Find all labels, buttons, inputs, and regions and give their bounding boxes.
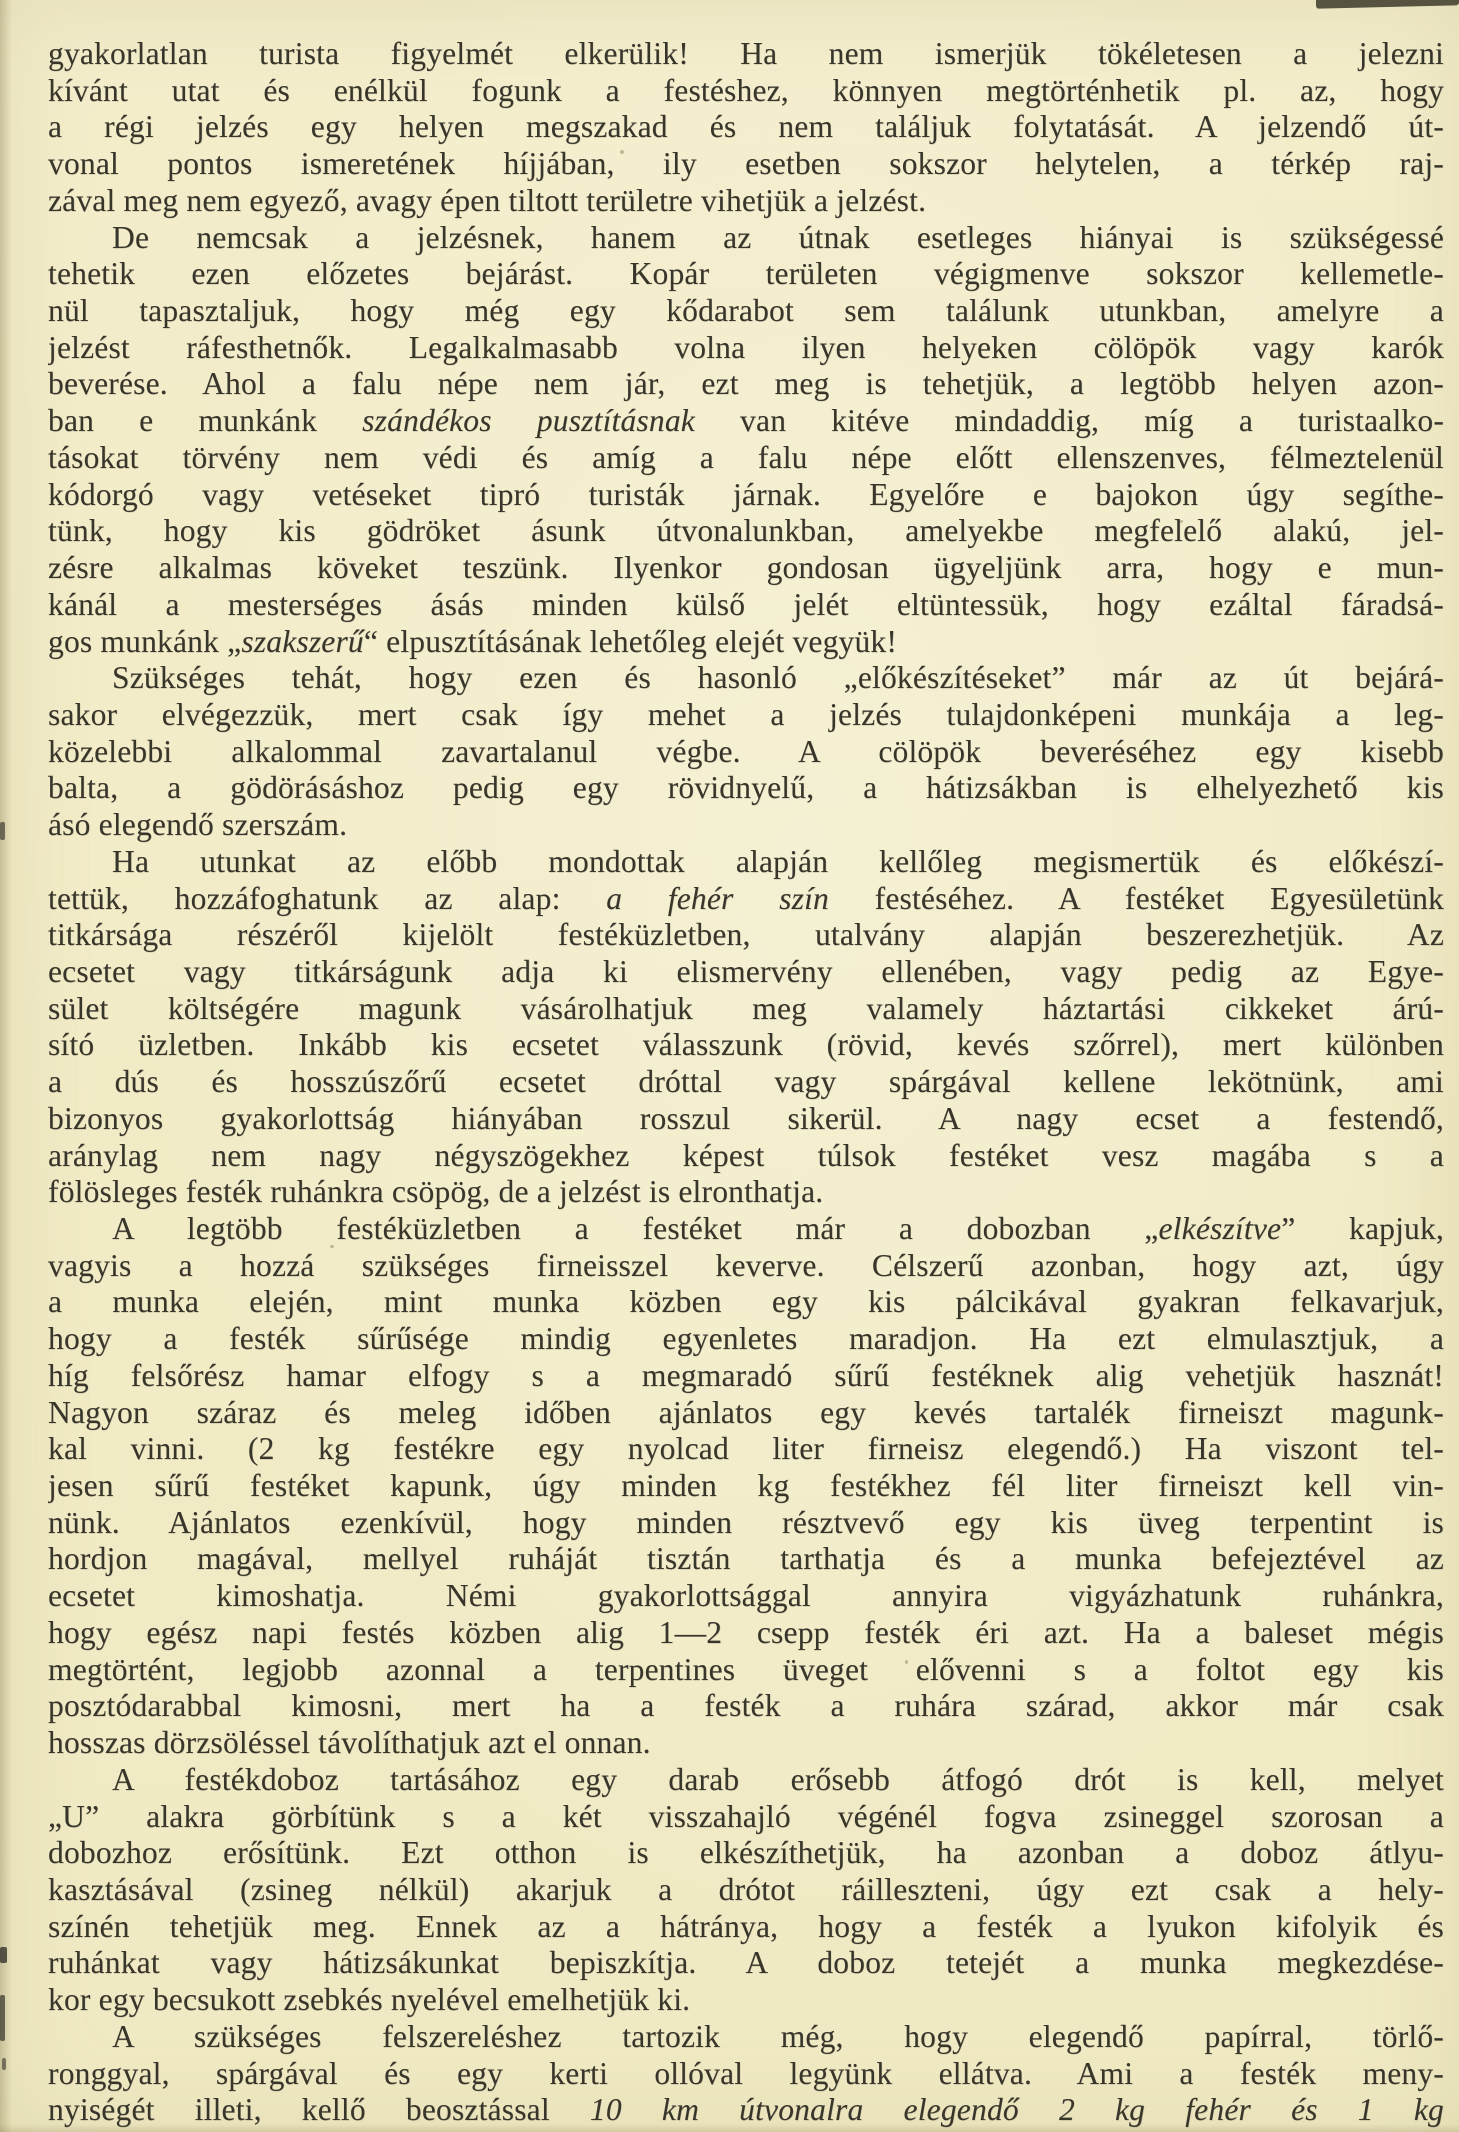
text-line: ecsetet vagy titkárságunk adja ki elisme… — [48, 954, 1444, 991]
scan-smudge — [0, 1947, 7, 1963]
text-segment: nyiségét illeti, kellő beosztással — [48, 2092, 590, 2127]
text-segment: ecsetet vagy titkárságunk adja ki elisme… — [48, 954, 1444, 989]
text-segment: „U” alakra görbítünk s a két visszahajló… — [48, 1799, 1444, 1834]
text-segment: bizonyos gyakorlottság hiányában rosszul… — [48, 1101, 1444, 1136]
italic-text-segment: 10 km útvonalra elegendő 2 kg fehér és 1… — [590, 2092, 1444, 2127]
text-line: a régi jelzés egy helyen megszakad és ne… — [48, 109, 1444, 146]
text-line: gos munkánk „szakszerű“ elpusztításának … — [48, 624, 1444, 661]
text-line: jesen sűrű festéket kapunk, úgy minden k… — [48, 1468, 1444, 1505]
text-line: titkársága részéről kijelölt festéküzlet… — [48, 917, 1444, 954]
text-segment: Ha utunkat az előbb mondottak alapján ke… — [112, 844, 1444, 879]
text-line: híg felsőrész hamar elfogy s a megmaradó… — [48, 1358, 1444, 1395]
scanned-book-page: gyakorlatlan turista figyelmét elkerülik… — [0, 0, 1459, 2132]
text-segment: kánál a mesterséges ásás minden külső je… — [48, 587, 1444, 622]
text-segment: hogy a festék sűrűsége mindig egyenletes… — [48, 1321, 1444, 1356]
page-text: gyakorlatlan turista figyelmét elkerülik… — [48, 36, 1444, 2129]
text-segment: “ elpusztításának lehetőleg elejét vegyü… — [364, 624, 897, 659]
text-line: vonal pontos ismeretének híjjában, ily e… — [48, 146, 1444, 183]
text-line: sület költségére magunk vásárolhatjuk me… — [48, 991, 1444, 1028]
text-line: beverése. Ahol a falu népe nem jár, ezt … — [48, 366, 1444, 403]
text-segment: vonal pontos ismeretének híjjában, ily e… — [48, 146, 1444, 181]
text-segment: A festékdoboz tartásához egy darab erőse… — [112, 1762, 1444, 1797]
text-segment: jelzést ráfesthetnők. Legalkalmasabb vol… — [48, 330, 1444, 365]
text-segment: hogy egész napi festés közben alig 1—2 c… — [48, 1615, 1444, 1650]
text-segment: festéséhez. A festéket Egyesületünk — [829, 881, 1444, 916]
text-segment: beverése. Ahol a falu népe nem jár, ezt … — [48, 366, 1444, 401]
text-line: Szükséges tehát, hogy ezen és hasonló „e… — [48, 660, 1444, 697]
text-segment: posztódarabbal kimosni, mert ha a festék… — [48, 1688, 1444, 1723]
italic-text-segment: a fehér szín — [606, 881, 829, 916]
scan-smudge — [2, 2058, 6, 2070]
text-segment: zésre alkalmas köveket teszünk. Ilyenkor… — [48, 550, 1444, 585]
text-line: nyiségét illeti, kellő beosztással 10 km… — [48, 2092, 1444, 2129]
text-line: ásó elegendő szerszám. — [48, 807, 1444, 844]
text-segment: jesen sűrű festéket kapunk, úgy minden k… — [48, 1468, 1444, 1503]
text-line: dobozhoz erősítünk. Ezt otthon is elkész… — [48, 1835, 1444, 1872]
text-line: ban e munkánk szándékos pusztításnak van… — [48, 403, 1444, 440]
text-segment: sító üzletben. Inkább kis ecsetet válass… — [48, 1027, 1444, 1062]
text-segment: A legtöbb festéküzletben a festéket már … — [112, 1211, 1159, 1246]
text-segment: a dús és hosszúszőrű ecsetet dróttal vag… — [48, 1064, 1444, 1099]
scan-edge-shadow-left — [0, 0, 12, 2132]
text-segment: aránylag nem nagy négyszögekhez képest t… — [48, 1138, 1444, 1173]
text-segment: sakor elvégezzük, mert csak így mehet a … — [48, 697, 1444, 732]
text-segment: zával meg nem egyező, avagy épen tiltott… — [48, 183, 926, 218]
text-line: hogy a festék sűrűsége mindig egyenletes… — [48, 1321, 1444, 1358]
text-line: tehetik ezen előzetes bejárást. Kopár te… — [48, 256, 1444, 293]
text-segment: színén tehetjük meg. Ennek az a hátránya… — [48, 1909, 1444, 1944]
text-segment: tettük, hozzáfoghatunk az alap: — [48, 881, 606, 916]
text-segment: közelebbi alkalommal zavartalanul végbe.… — [48, 734, 1444, 769]
text-line: a munka elején, mint munka közben egy ki… — [48, 1284, 1444, 1321]
text-segment: a régi jelzés egy helyen megszakad és ne… — [48, 109, 1444, 144]
text-segment: ban e munkánk — [48, 403, 362, 438]
text-segment: hordjon magával, mellyel ruháját tisztán… — [48, 1541, 1444, 1576]
text-segment: Nagyon száraz és meleg időben ajánlatos … — [48, 1395, 1444, 1430]
text-segment: titkársága részéről kijelölt festéküzlet… — [48, 917, 1444, 952]
text-segment: kasztásával (zsineg nélkül) akarjuk a dr… — [48, 1872, 1444, 1907]
text-line: sító üzletben. Inkább kis ecsetet válass… — [48, 1027, 1444, 1064]
text-line: nül tapasztaljuk, hogy még egy kődarabot… — [48, 293, 1444, 330]
text-line: aránylag nem nagy négyszögekhez képest t… — [48, 1138, 1444, 1175]
text-segment: ásó elegendő szerszám. — [48, 807, 347, 842]
text-segment: van kitéve mindaddig, míg a turistaalko- — [695, 403, 1444, 438]
text-line: vagyis a hozzá szükséges firneisszel kev… — [48, 1248, 1444, 1285]
text-segment: a munka elején, mint munka közben egy ki… — [48, 1284, 1444, 1319]
text-line: bizonyos gyakorlottság hiányában rosszul… — [48, 1101, 1444, 1138]
text-segment: hosszas dörzsöléssel távolíthatjuk azt e… — [48, 1725, 651, 1760]
text-segment: sület költségére magunk vásárolhatjuk me… — [48, 991, 1444, 1026]
text-line: kánál a mesterséges ásás minden külső je… — [48, 587, 1444, 624]
text-line: „U” alakra görbítünk s a két visszahajló… — [48, 1799, 1444, 1836]
text-segment: ecsetet kimoshatja. Némi gyakorlottságga… — [48, 1578, 1444, 1613]
text-line: zával meg nem egyező, avagy épen tiltott… — [48, 183, 1444, 220]
italic-text-segment: elkészítve — [1159, 1211, 1282, 1246]
text-line: közelebbi alkalommal zavartalanul végbe.… — [48, 734, 1444, 771]
text-line: kal vinni. (2 kg festékre egy nyolcad li… — [48, 1431, 1444, 1468]
text-segment: megtörtént, legjobb azonnal a terpentine… — [48, 1652, 1444, 1687]
text-line: Ha utunkat az előbb mondottak alapján ke… — [48, 844, 1444, 881]
text-line: tásokat törvény nem védi és amíg a falu … — [48, 440, 1444, 477]
text-line: gyakorlatlan turista figyelmét elkerülik… — [48, 36, 1444, 73]
text-line: ronggyal, spárgával és egy kerti ollóval… — [48, 2056, 1444, 2093]
text-segment: Szükséges tehát, hogy ezen és hasonló „e… — [112, 660, 1444, 695]
text-segment: De nemcsak a jelzésnek, hanem az útnak e… — [112, 220, 1444, 255]
text-line: Nagyon száraz és meleg időben ajánlatos … — [48, 1395, 1444, 1432]
text-segment: tehetik ezen előzetes bejárást. Kopár te… — [48, 256, 1444, 291]
text-segment: A szükséges felszereléshez tartozik még,… — [112, 2019, 1444, 2054]
text-line: hogy egész napi festés közben alig 1—2 c… — [48, 1615, 1444, 1652]
text-line: hosszas dörzsöléssel távolíthatjuk azt e… — [48, 1725, 1444, 1762]
text-line: hordjon magával, mellyel ruháját tisztán… — [48, 1541, 1444, 1578]
text-line: zésre alkalmas köveket teszünk. Ilyenkor… — [48, 550, 1444, 587]
text-line: A legtöbb festéküzletben a festéket már … — [48, 1211, 1444, 1248]
text-segment: vagyis a hozzá szükséges firneisszel kev… — [48, 1248, 1444, 1283]
text-line: ecsetet kimoshatja. Némi gyakorlottságga… — [48, 1578, 1444, 1615]
text-segment: dobozhoz erősítünk. Ezt otthon is elkész… — [48, 1835, 1444, 1870]
text-line: a dús és hosszúszőrű ecsetet dróttal vag… — [48, 1064, 1444, 1101]
text-line: posztódarabbal kimosni, mert ha a festék… — [48, 1688, 1444, 1725]
text-line: kívánt utat és enélkül fogunk a festéshe… — [48, 73, 1444, 110]
text-line: A festékdoboz tartásához egy darab erőse… — [48, 1762, 1444, 1799]
scan-smudge — [0, 1995, 5, 2041]
text-segment: kal vinni. (2 kg festékre egy nyolcad li… — [48, 1431, 1444, 1466]
text-segment: kor egy becsukott zsebkés nyelével emelh… — [48, 1982, 690, 2017]
text-line: tünk, hogy kis gödröket ásunk útvonalunk… — [48, 513, 1444, 550]
text-line: balta, a gödörásáshoz pedig egy rövidnye… — [48, 770, 1444, 807]
text-segment: nünk. Ajánlatos ezenkívül, hogy minden r… — [48, 1505, 1444, 1540]
text-line: kor egy becsukott zsebkés nyelével emelh… — [48, 1982, 1444, 2019]
text-line: színén tehetjük meg. Ennek az a hátránya… — [48, 1909, 1444, 1946]
text-segment: híg felsőrész hamar elfogy s a megmaradó… — [48, 1358, 1444, 1393]
text-segment: ruhánkat vagy hátizsákunkat bepiszkítja.… — [48, 1945, 1444, 1980]
text-line: kasztásával (zsineg nélkül) akarjuk a dr… — [48, 1872, 1444, 1909]
scan-corner-artifact — [1316, 0, 1459, 9]
italic-text-segment: szándékos pusztításnak — [362, 403, 695, 438]
text-line: megtörtént, legjobb azonnal a terpentine… — [48, 1652, 1444, 1689]
text-line: jelzést ráfesthetnők. Legalkalmasabb vol… — [48, 330, 1444, 367]
text-segment: kódorgó vagy vetéseket tipró turisták já… — [48, 477, 1444, 512]
text-segment: tünk, hogy kis gödröket ásunk útvonalunk… — [48, 513, 1444, 548]
text-line: kódorgó vagy vetéseket tipró turisták já… — [48, 477, 1444, 514]
text-line: ruhánkat vagy hátizsákunkat bepiszkítja.… — [48, 1945, 1444, 1982]
text-segment: ronggyal, spárgával és egy kerti ollóval… — [48, 2056, 1444, 2091]
text-line: A szükséges felszereléshez tartozik még,… — [48, 2019, 1444, 2056]
text-segment: gyakorlatlan turista figyelmét elkerülik… — [48, 36, 1444, 71]
text-segment: ” kapjuk, — [1281, 1211, 1444, 1246]
text-segment: fölösleges festék ruhánkra csöpög, de a … — [48, 1174, 823, 1209]
text-line: nünk. Ajánlatos ezenkívül, hogy minden r… — [48, 1505, 1444, 1542]
italic-text-segment: szakszerű — [241, 624, 364, 659]
text-line: tettük, hozzáfoghatunk az alap: a fehér … — [48, 881, 1444, 918]
scan-smudge — [0, 822, 5, 840]
text-segment: nül tapasztaljuk, hogy még egy kődarabot… — [48, 293, 1444, 328]
text-line: sakor elvégezzük, mert csak így mehet a … — [48, 697, 1444, 734]
text-segment: kívánt utat és enélkül fogunk a festéshe… — [48, 73, 1444, 108]
text-line: fölösleges festék ruhánkra csöpög, de a … — [48, 1174, 1444, 1211]
text-line: De nemcsak a jelzésnek, hanem az útnak e… — [48, 220, 1444, 257]
text-segment: gos munkánk „ — [48, 624, 241, 659]
text-segment: tásokat törvény nem védi és amíg a falu … — [48, 440, 1444, 475]
text-segment: balta, a gödörásáshoz pedig egy rövidnye… — [48, 770, 1444, 805]
